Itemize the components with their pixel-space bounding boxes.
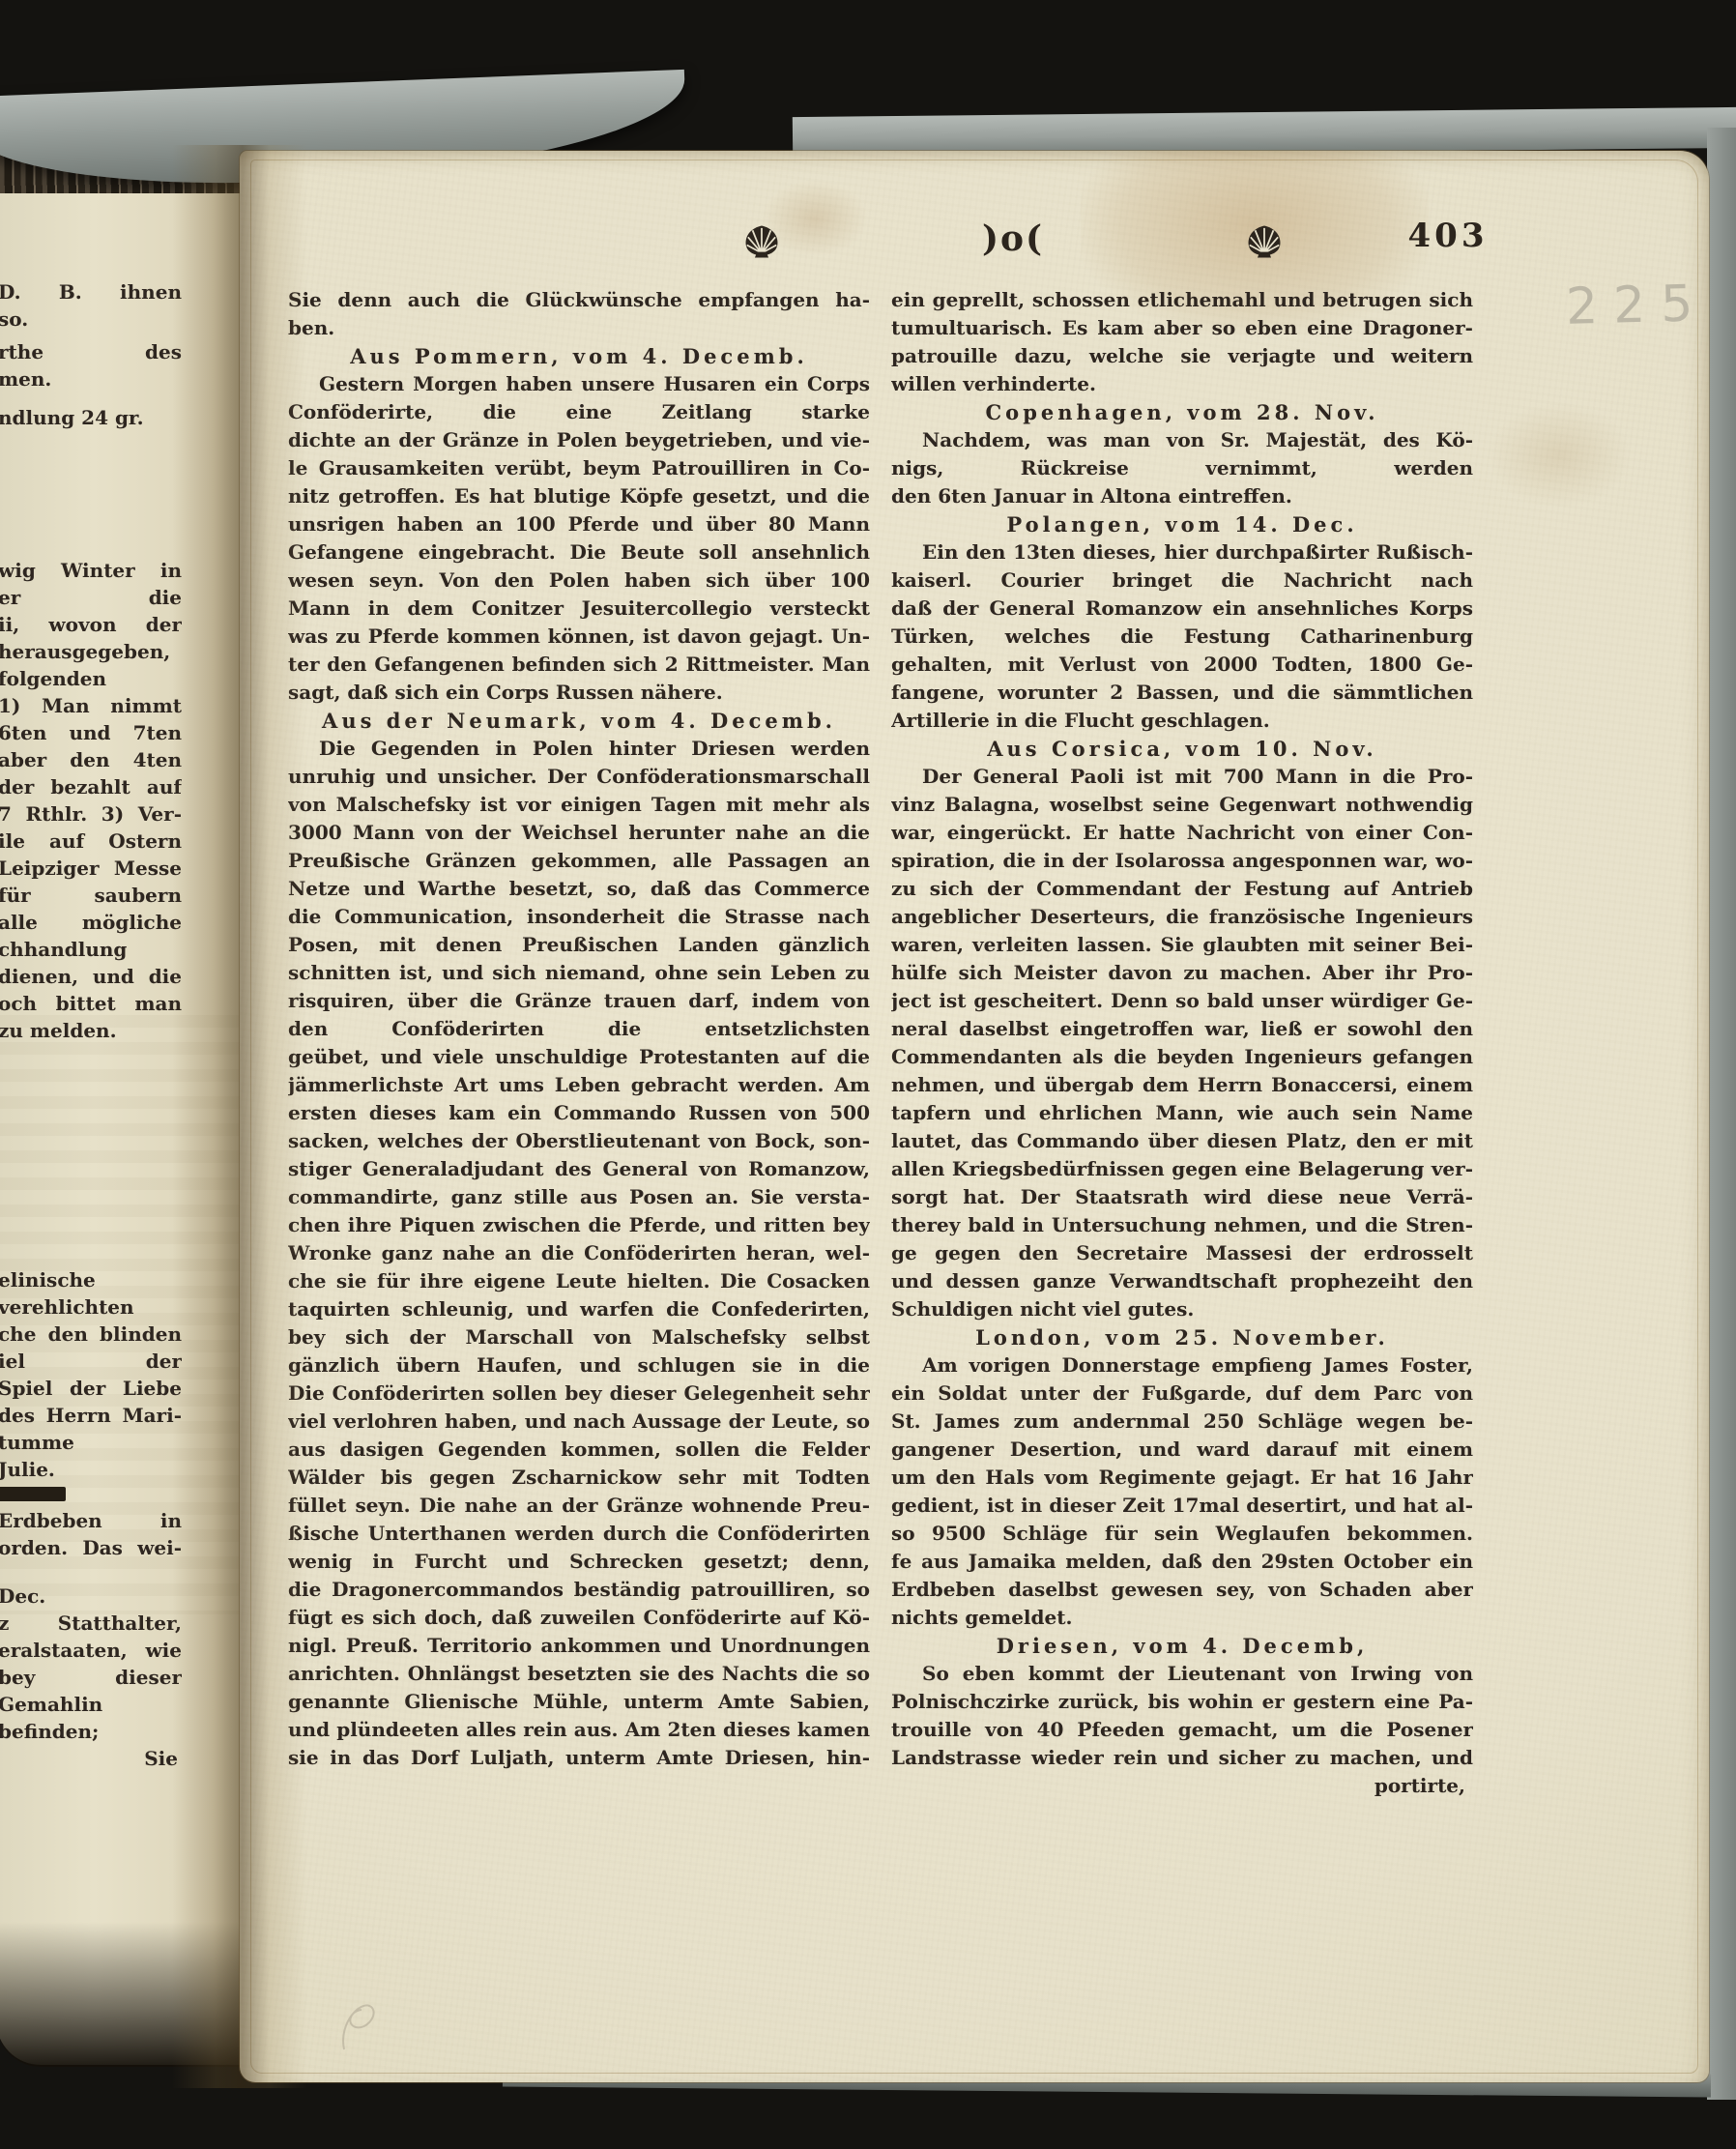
dateline-heading: London, vom 25. November. — [891, 1323, 1473, 1351]
text-line: dienen, und die Be- — [0, 963, 182, 990]
text-line: befinden; worüber — [0, 1718, 182, 1745]
text-line: Posen, mit denen Preußischen Landen gänz… — [288, 931, 870, 959]
dateline-heading: Aus der Neumark, vom 4. Decemb. — [288, 707, 870, 735]
text-line: willen verhinderte. — [891, 370, 1473, 398]
text-line: che den blinden Ehe- — [0, 1321, 182, 1348]
text-line: verehlichten Phile- — [0, 1293, 182, 1321]
text-line: chen ihre Piquen zwischen die Pferde, un… — [288, 1211, 870, 1239]
text-line: so 9500 Schläge für sein Weglaufen bekom… — [891, 1520, 1473, 1548]
text-line: Polnischczirke zurück, bis wohin er gest… — [891, 1688, 1473, 1716]
text-line: angeblicher Deserteurs, die französische… — [891, 903, 1473, 931]
text-line: eralstaaten, wie auch — [0, 1637, 182, 1664]
text-line: commandirte, ganz stille aus Posen an. S… — [288, 1183, 870, 1211]
text-line: jämmerlichste Art ums Leben gebracht wer… — [288, 1071, 870, 1099]
text-line: taquirten schleunig, und warfen die Conf… — [288, 1295, 870, 1323]
text-line: folgenden Bedingun- — [0, 665, 182, 692]
text-line: 1) Man nimmt bis — [0, 692, 182, 719]
page-number: 403 — [1380, 217, 1516, 255]
text-line: dichte an der Gränze in Polen beygetrieb… — [288, 426, 870, 454]
text-line: ein Soldat unter der Fußgarde, duf dem P… — [891, 1379, 1473, 1408]
text-line: Schuldigen nicht viel gutes. — [891, 1295, 1473, 1323]
text-line: chhandlung erbietet — [0, 936, 182, 963]
text-line: Landstrasse wieder rein und sicher zu ma… — [891, 1744, 1473, 1772]
text-line: genannte Glienische Mühle, unterm Amte S… — [288, 1688, 870, 1716]
text-line: ge gegen den Secretaire Massesi der erdr… — [891, 1239, 1473, 1267]
text-line: die Communication, insonderheit die Stra… — [288, 903, 870, 931]
pencil-mark — [334, 1993, 387, 2057]
text-line: nitz getroffen. Es hat blutige Köpfe ges… — [288, 482, 870, 510]
text-line: die Dragonercommandos beständig patrouil… — [288, 1576, 870, 1604]
text-line: Die Gegenden in Polen hinter Driesen wer… — [288, 735, 870, 763]
book-scan: D. B. ihnen nichtso.rthe des angezeigten… — [0, 0, 1736, 2149]
text-line: Sie denn auch die Glückwünsche empfangen… — [288, 286, 870, 314]
text-line: tapfern und ehrlichen Mann, wie auch sei… — [891, 1099, 1473, 1127]
text-line: aber den 4ten und — [0, 746, 182, 773]
book-cover-edge-right — [1707, 128, 1736, 2100]
text-line: Nachdem, was man von Sr. Majestät, des K… — [891, 426, 1473, 454]
facing-page-text-column: D. B. ihnen nichtso.rthe des angezeigten… — [0, 278, 182, 1772]
text-line: viel verlohren haben, und nach Aussage d… — [288, 1408, 870, 1436]
text-line: lautet, das Commando über diesen Platz, … — [891, 1127, 1473, 1155]
text-line: 3000 Mann von der Weichsel herunter nahe… — [288, 819, 870, 847]
text-line: portirte, — [891, 1772, 1473, 1800]
text-line: der bezahlt auf den — [0, 773, 182, 800]
text-line: Commendanten als die beyden Ingenieurs g… — [891, 1043, 1473, 1071]
text-line: elinische Schauspie- — [0, 1266, 182, 1293]
text-line: gänzlich übern Haufen, und schlugen sie … — [288, 1351, 870, 1379]
text-line: wenig in Furcht und Schrecken gesetzt; d… — [288, 1548, 870, 1576]
dateline-heading: Copenhagen, vom 28. Nov. — [891, 398, 1473, 426]
text-line: tumme Schönheit. — [0, 1429, 182, 1456]
text-line: anrichten. Ohnlängst besetzten sie des N… — [288, 1660, 870, 1688]
text-line: herausgegeben, mit — [0, 638, 182, 665]
text-line: St. James zum andernmal 250 Schläge wege… — [891, 1408, 1473, 1436]
text-line: allen Kriegsbedürfnissen gegen eine Bela… — [891, 1155, 1473, 1183]
text-line: z Statthalter, sind — [0, 1610, 182, 1637]
text-line: ject ist gescheitert. Denn so bald unser… — [891, 987, 1473, 1015]
text-line: ben. — [288, 314, 870, 342]
text-line: daß der General Romanzow ein ansehnliche… — [891, 595, 1473, 623]
text-line: um den Hals vom Regimente gejagt. Er hat… — [891, 1464, 1473, 1492]
text-line: che sie für ihre eigene Leute hielten. D… — [288, 1267, 870, 1295]
text-line: sacken, welches der Oberstlieutenant von… — [288, 1127, 870, 1155]
text-line: Conföderirte, die eine Zeitlang starke C… — [288, 398, 870, 426]
text-line: Wronke ganz nahe an die Conföderirten he… — [288, 1239, 870, 1267]
header-ornaments: )o( — [742, 215, 1284, 269]
paper-stain — [1487, 402, 1632, 508]
text-line: bey dieser Gelegen- — [0, 1664, 182, 1691]
text-line: sorgt hat. Der Staatsrath wird diese neu… — [891, 1183, 1473, 1211]
text-line: Julie. — [0, 1456, 182, 1483]
text-line: aus dasigen Gegenden kommen, sollen die … — [288, 1436, 870, 1464]
text-line: fügt es sich doch, daß zuweilen Conföder… — [288, 1604, 870, 1632]
text-line: Dec. — [0, 1583, 182, 1610]
text-line: so. — [0, 305, 182, 333]
text-line: nichts gemeldet. — [891, 1604, 1473, 1632]
text-line: Leipziger Messe de- — [0, 855, 182, 882]
text-line: und dessen ganze Verwandtschaft propheze… — [891, 1267, 1473, 1295]
text-line: 7 Rthlr. 3) Ver- — [0, 800, 182, 828]
text-line: 6ten und 7ten Theil — [0, 719, 182, 746]
dateline-heading: Driesen, vom 4. Decemb, — [891, 1632, 1473, 1660]
text-line: Artillerie in die Flucht geschlagen. — [891, 707, 1473, 735]
text-line: nehmen, und übergab dem Herrn Bonaccersi… — [891, 1071, 1473, 1099]
text-line: Der General Paoli ist mit 700 Mann in di… — [891, 763, 1473, 791]
text-line: och bittet man nach — [0, 990, 182, 1017]
text-line: nigs, Rückreise vernimmt, werden Allerhö… — [891, 454, 1473, 482]
section-divider-mark: )o( — [982, 218, 1044, 259]
text-line: von Malschefsky ist vor einigen Tagen mi… — [288, 791, 870, 819]
text-line: hülfe sich Meister davon zu machen. Aber… — [891, 959, 1473, 987]
text-line: und plündeeten alles rein aus. Am 2ten d… — [288, 1716, 870, 1744]
news-column-left: Sie denn auch die Glückwünsche empfangen… — [288, 286, 870, 1772]
text-line: Gestern Morgen haben unsere Husaren ein … — [288, 370, 870, 398]
text-line: wig Winter in Ber- — [0, 557, 182, 584]
shell-ornament-icon — [1245, 224, 1284, 259]
text-line: waren, verleiten lassen. Sie glaubten mi… — [891, 931, 1473, 959]
text-line: ein geprellt, schossen etlichemahl und b… — [891, 286, 1473, 314]
text-line: men. — [0, 365, 182, 392]
text-line: vinz Balagna, woselbst seine Gegenwart n… — [891, 791, 1473, 819]
text-line: Netze und Warthe besetzt, so, daß das Co… — [288, 875, 870, 903]
text-line: alle mögliche Sorg- — [0, 909, 182, 936]
text-line: kaiserl. Courier bringet die Nachricht n… — [891, 566, 1473, 595]
text-line: den 6ten Januar in Altona eintreffen. — [891, 482, 1473, 510]
text-line: nigl. Preuß. Territorio ankommen und Uno… — [288, 1632, 870, 1660]
text-line: fe aus Jamaika melden, daß den 29sten Oc… — [891, 1548, 1473, 1576]
text-line: Preußische Gränzen gekommen, alle Passag… — [288, 847, 870, 875]
text-line: Erdbeben in grosses — [0, 1507, 182, 1534]
text-line: sagt, daß sich ein Corps Russen nähere. — [288, 679, 870, 707]
text-line: fangene, worunter 2 Bassen, und die sämm… — [891, 679, 1473, 707]
text-line: orden. Das wei- — [0, 1534, 182, 1561]
text-line: ter den Gefangenen befinden sich 2 Rittm… — [288, 651, 870, 679]
text-line: füllet seyn. Die nahe an der Gränze wohn… — [288, 1492, 870, 1520]
text-line: gangener Desertion, und ward darauf mit … — [891, 1436, 1473, 1464]
dateline-heading: Aus Pommern, vom 4. Decemb. — [288, 342, 870, 370]
text-line: Ein den 13ten dieses, hier durchpaßirter… — [891, 538, 1473, 566]
text-line: Gefangene eingebracht. Die Beute soll an… — [288, 538, 870, 566]
text-line: Erdbeben daselbst gewesen sey, von Schad… — [891, 1576, 1473, 1604]
text-line: ersten dieses kam ein Commando Russen vo… — [288, 1099, 870, 1127]
text-line: tumultuarisch. Es kam aber so eben eine … — [891, 314, 1473, 342]
text-line: unruhig und unsicher. Der Conföderations… — [288, 763, 870, 791]
page-gutter-shadow — [172, 145, 307, 2088]
text-line: gedient, ist in dieser Zeit 17mal desert… — [891, 1492, 1473, 1520]
text-line: ßische Unterthanen werden durch die Conf… — [288, 1520, 870, 1548]
text-line: zu melden. — [0, 1017, 182, 1044]
text-line: wesen seyn. Von den Polen haben sich übe… — [288, 566, 870, 595]
text-line: schnitten ist, und sich niemand, ohne se… — [288, 959, 870, 987]
text-line: patrouille dazu, welche sie verjagte und… — [891, 342, 1473, 370]
text-line: neral daselbst eingetroffen war, ließ er… — [891, 1015, 1473, 1043]
text-line: Sie — [0, 1745, 182, 1772]
shell-ornament-icon — [742, 224, 781, 259]
news-column-right: ein geprellt, schossen etlichemahl und b… — [891, 286, 1473, 1800]
text-line: unsrigen haben an 100 Pferde und über 80… — [288, 510, 870, 538]
text-line: D. B. ihnen nicht — [0, 278, 182, 305]
text-line: ndlung 24 gr. — [0, 404, 182, 431]
dateline-heading: Polangen, vom 14. Dec. — [891, 510, 1473, 538]
text-line: geübet, und viele unschuldige Protestant… — [288, 1043, 870, 1071]
text-line: war, eingerückt. Er hatte Nachricht von … — [891, 819, 1473, 847]
text-line: rthe des angezeigten — [0, 338, 182, 365]
margin-number-note: 225 — [1565, 275, 1709, 336]
text-line: gehalten, mit Verlust von 2000 Todten, 1… — [891, 651, 1473, 679]
text-line: sie in das Dorf Luljath, unterm Amte Dri… — [288, 1744, 870, 1772]
text-line: für saubern Druck, — [0, 882, 182, 909]
text-line: Gemahlin Königl. — [0, 1691, 182, 1718]
text-line: Die Conföderirten sollen bey dieser Gele… — [288, 1379, 870, 1408]
text-line: spiration, die in der Isolarossa angespo… — [891, 847, 1473, 875]
text-line: was zu Pferde kommen können, ist davon g… — [288, 623, 870, 651]
text-line: des Herrn Mari- — [0, 1402, 182, 1429]
text-line: Spiel der Liebe und — [0, 1375, 182, 1402]
dateline-heading: Aus Corsica, vom 10. Nov. — [891, 735, 1473, 763]
ink-rule — [0, 1487, 66, 1501]
text-line: ile auf Ostern 1769. — [0, 828, 182, 855]
text-line: bey sich der Marschall von Malschefsky s… — [288, 1323, 870, 1351]
text-line: den Conföderirten die entsetzlichsten Gr… — [288, 1015, 870, 1043]
text-line: Mann in dem Conitzer Jesuitercollegio ve… — [288, 595, 870, 623]
text-line: zu sich der Commendant der Festung auf A… — [891, 875, 1473, 903]
text-line: trouille von 40 Pfeeden gemacht, um die … — [891, 1716, 1473, 1744]
text-line: stiger Generaladjudant des General von R… — [288, 1155, 870, 1183]
text-line: risquiren, über die Gränze trauen darf, … — [288, 987, 870, 1015]
text-line: iel der Naturalien- — [0, 1348, 182, 1375]
text-line: therey bald in Untersuchung nehmen, und … — [891, 1211, 1473, 1239]
text-line: Am vorigen Donnerstage empfieng James Fo… — [891, 1351, 1473, 1379]
text-line: Türken, welches die Festung Catharinenbu… — [891, 623, 1473, 651]
text-line: So eben kommt der Lieutenant von Irwing … — [891, 1660, 1473, 1688]
text-line: Wälder bis gegen Zscharnickow sehr mit T… — [288, 1464, 870, 1492]
page: )o( 403 Sie denn auch die Glückwünsche e… — [240, 151, 1709, 2082]
text-line: er die Fortsetzung der — [0, 584, 182, 611]
text-line: ii, wovon der Capi- — [0, 611, 182, 638]
text-line: le Grausamkeiten verübt, beym Patrouilli… — [288, 454, 870, 482]
